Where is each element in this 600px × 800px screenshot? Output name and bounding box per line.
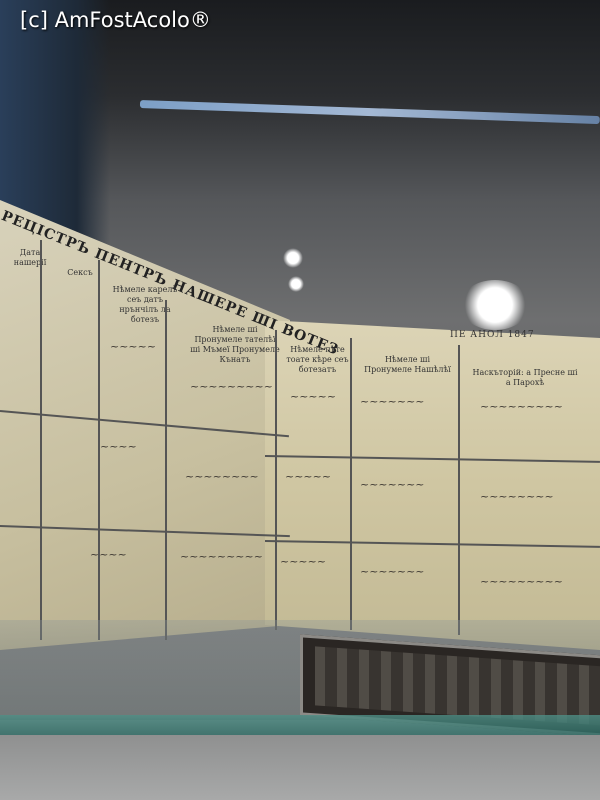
glare-light: [460, 280, 530, 330]
ceiling-light: [283, 248, 303, 268]
year-header: ПЕ АНОЛ 1847: [450, 330, 535, 340]
header-godparent: Нѣмеле ші Пронумеле Нашѣлѣї: [360, 355, 455, 375]
table-line: [458, 345, 460, 635]
handwritten-entry: ~~~~~: [280, 555, 326, 568]
handwritten-entry: ~~~~~~~~: [185, 470, 259, 483]
handwritten-entry: ~~~~~~~~~: [190, 380, 273, 393]
handwritten-entry: ~~~~~~~: [360, 478, 425, 491]
header-sex: Сексъ: [60, 268, 100, 278]
header-baptized: Нѣмеле пѣте тоате кѣре сеъ ботезатъ: [285, 345, 350, 375]
handwritten-entry: ~~~~~~~~~: [480, 400, 563, 413]
handwritten-entry: ~~~~: [90, 548, 127, 561]
handwritten-entry: ~~~~~~~: [360, 395, 425, 408]
handwritten-entry: ~~~~: [100, 440, 137, 453]
handwritten-entry: ~~~~~: [285, 470, 331, 483]
photograph-image: [315, 646, 600, 725]
handwritten-entry: ~~~~~~~~~: [180, 550, 263, 563]
header-parents: Нѣмеле ші Пронумеле тателѣї ші Мъмеї Про…: [190, 325, 280, 365]
table-line: [350, 338, 352, 630]
header-name: Нѣмеле карелѣ сеъ датъ нрънчілъ ла ботез…: [110, 285, 180, 325]
handwritten-entry: ~~~~~~~~~: [480, 575, 563, 588]
table-line: [40, 240, 42, 640]
handwritten-entry: ~~~~~~~: [360, 565, 425, 578]
display-case-base: [0, 735, 600, 800]
table-line: [275, 330, 277, 630]
glass-shelf-edge: [0, 715, 600, 735]
watermark: [c] AmFostAcolo®: [20, 8, 211, 32]
handwritten-entry: ~~~~~~~~: [480, 490, 554, 503]
header-date: Дата нашерії: [10, 248, 50, 268]
handwritten-entry: ~~~~~: [110, 340, 156, 353]
header-priest: Наскъторій: а Пресне ші а Парохѣ: [470, 368, 580, 388]
table-line: [165, 300, 167, 640]
handwritten-entry: ~~~~~: [290, 390, 336, 403]
ceiling-light: [288, 276, 304, 292]
